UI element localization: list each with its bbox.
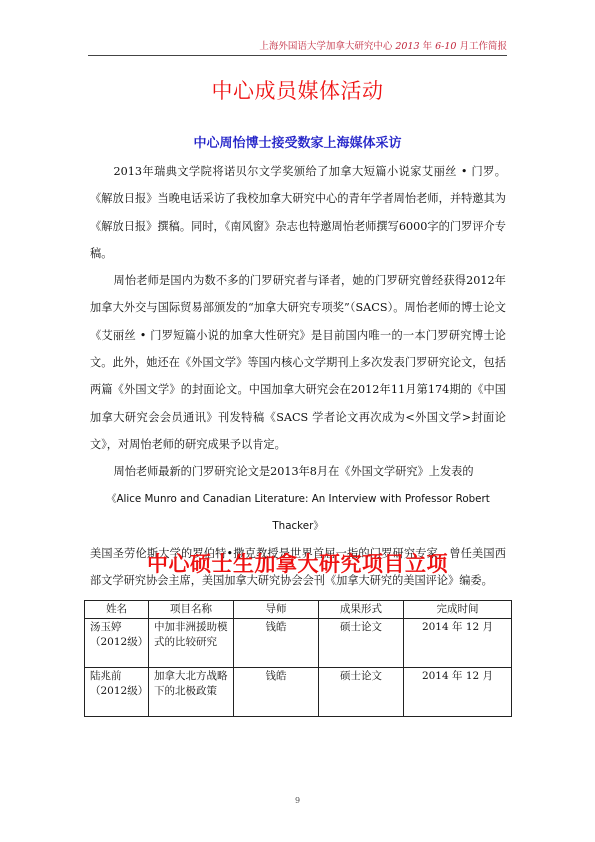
- running-header-months: 6-10: [435, 41, 456, 52]
- running-header-mid: 年: [420, 41, 436, 52]
- running-header: 上海外国语大学加拿大研究中心 2013 年 6-10 月工作简报: [88, 38, 507, 52]
- table-header-row: 姓名 项目名称 导师 成果形式 完成时间: [85, 601, 512, 619]
- article-title: 中心周怡博士接受数家上海媒体采访: [0, 132, 595, 151]
- article-citation: 《Alice Munro and Canadian Literature: An…: [90, 486, 506, 541]
- cell-output: 硕士论文: [319, 668, 404, 717]
- cell-completion: 2014 年 12 月: [404, 668, 512, 717]
- page-number: 9: [0, 796, 595, 805]
- cell-student: 陆兆前（2012级）: [85, 668, 149, 717]
- cell-project: 中加非洲援助模式的比较研究: [149, 619, 234, 668]
- cell-advisor: 钱皓: [234, 619, 319, 668]
- paragraph: 周怡老师最新的门罗研究论文是2013年8月在《外国文学研究》上发表的: [90, 458, 506, 485]
- cell-student: 汤玉婷（2012级）: [85, 619, 149, 668]
- projects-table: 姓名 项目名称 导师 成果形式 完成时间 汤玉婷（2012级） 中加非洲援助模式…: [84, 600, 512, 717]
- header-rule: [88, 55, 507, 56]
- column-header: 导师: [234, 601, 319, 619]
- article-body: 2013年瑞典文学院将诺贝尔文学奖颁给了加拿大短篇小说家艾丽丝 • 门罗。《解放…: [90, 158, 506, 595]
- column-header: 项目名称: [149, 601, 234, 619]
- running-header-year: 2013: [395, 41, 419, 52]
- cell-completion: 2014 年 12 月: [404, 619, 512, 668]
- paragraph: 周怡老师是国内为数不多的门罗研究者与译者，她的门罗研究曾经获得2012年加拿大外…: [90, 267, 506, 458]
- column-header: 姓名: [85, 601, 149, 619]
- table-row: 陆兆前（2012级） 加拿大北方战略下的北极政策 钱皓 硕士论文 2014 年 …: [85, 668, 512, 717]
- cell-output: 硕士论文: [319, 619, 404, 668]
- paragraph: 2013年瑞典文学院将诺贝尔文学奖颁给了加拿大短篇小说家艾丽丝 • 门罗。《解放…: [90, 158, 506, 267]
- section-title: 中心硕士生加拿大研究项目立项: [0, 548, 595, 578]
- cell-project: 加拿大北方战略下的北极政策: [149, 668, 234, 717]
- column-header: 完成时间: [404, 601, 512, 619]
- column-header: 成果形式: [319, 601, 404, 619]
- running-header-suffix: 月工作简报: [456, 41, 507, 52]
- page-title: 中心成员媒体活动: [0, 75, 595, 105]
- running-header-prefix: 上海外国语大学加拿大研究中心: [259, 41, 395, 52]
- table-row: 汤玉婷（2012级） 中加非洲援助模式的比较研究 钱皓 硕士论文 2014 年 …: [85, 619, 512, 668]
- cell-advisor: 钱皓: [234, 668, 319, 717]
